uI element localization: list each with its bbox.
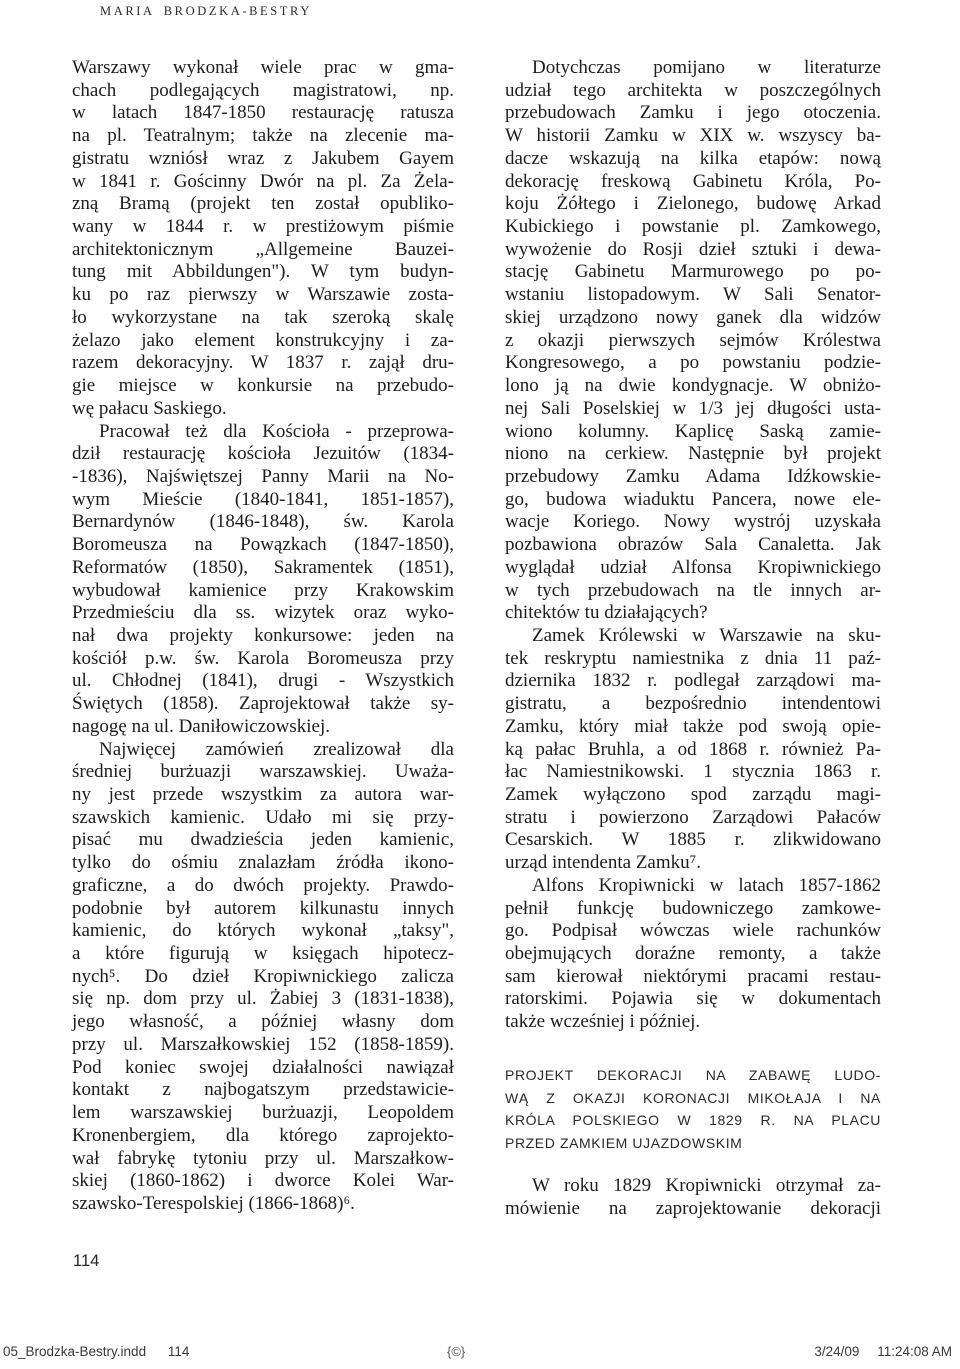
text-line: graficzne, a do dwóch projekty. Prawdo- [72, 875, 454, 898]
text-line: średniej burżuazji warszawskiej. Uważa- [72, 761, 454, 784]
text-line: nej Sali Poselskiej w 1/3 jej długości u… [505, 398, 881, 421]
text-line: podobnie był autorem kilkunastu innych [72, 898, 454, 921]
text-line: Dotychczas pomijano w literaturze [505, 57, 881, 80]
text-line: żelazo jako element konstrukcyjny i za- [72, 330, 454, 353]
text-line: ku po raz pierwszy w Warszawie zosta- [72, 284, 454, 307]
text-line: wany w 1844 r. w prestiżowym piśmie [72, 216, 454, 239]
paragraph: Zamek Królewski w Warszawie na sku-tek r… [505, 625, 881, 875]
section-heading-line: KRÓLA POLSKIEGO W 1829 R. NA PLACU [505, 1109, 881, 1132]
text-line: dekorację freskową Gabinetu Króla, Po- [505, 171, 881, 194]
section-heading-line: PRZED ZAMKIEM UJAZDOWSKIM [505, 1132, 881, 1155]
text-line: Zamek Królewski w Warszawie na sku- [505, 625, 881, 648]
text-line: pozbawiona obrazów Sala Canaletta. Jak [505, 534, 881, 557]
paragraph: Dotychczas pomijano w literaturzeudział … [505, 57, 881, 625]
text-line: koju Żółtego i Zielonego, budowę Arkad [505, 193, 881, 216]
section-heading-line: WĄ Z OKAZJI KORONACJI MIKOŁAJA I NA [505, 1087, 881, 1110]
left-text-column: Warszawy wykonał wiele prac w gma-chach … [72, 57, 454, 1216]
text-line: dził restaurację kościoła Jezuitów (1834… [72, 443, 454, 466]
text-line: Bernardynów (1846-1848), św. Karola [72, 511, 454, 534]
text-line: Przedmieściu dla ss. wizytek oraz wyko- [72, 602, 454, 625]
text-line: udział tego architekta w poszczególnych [505, 80, 881, 103]
text-line: go, budowa wiaduktu Pancera, nowe ele- [505, 489, 881, 512]
text-line: tylko do ośmiu znalazłam źródła ikono- [72, 852, 454, 875]
text-line: wiono kolumny. Kaplicę Saską zamie- [505, 421, 881, 444]
text-line: gistratu wzniósł wraz z Jakubem Gayem [72, 148, 454, 171]
footer-time: 11:24:08 AM [877, 1344, 952, 1359]
footer-timestamp: 3/24/09 11:24:08 AM [814, 1344, 952, 1359]
text-line: wstaniu listopadowym. W Sali Senator- [505, 284, 881, 307]
text-line: zną Bramą (projekt ten został opubliko- [72, 193, 454, 216]
text-line: urząd intendenta Zamku⁷. [505, 852, 881, 875]
text-line: wacje Koriego. Nowy wystrój uzyskała [505, 511, 881, 534]
text-line: W roku 1829 Kropiwnicki otrzymał za- [505, 1175, 881, 1198]
text-line: gistratu, a bezpośrednio intendentowi [505, 693, 881, 716]
text-line: dziernika 1832 r. podlegał zarządowi ma- [505, 670, 881, 693]
paragraph: Najwięcej zamówień zrealizował dlaśredni… [72, 739, 454, 1216]
text-line: nagogę na ul. Daniłowiczowskiej. [72, 716, 454, 739]
paragraph: Alfons Kropiwnicki w latach 1857-1862peł… [505, 875, 881, 1034]
text-line: przebudowy Zamku Adama Idźkowskie- [505, 466, 881, 489]
text-line: ką pałac Bruhla, a od 1868 r. również Pa… [505, 739, 881, 762]
text-line: wywożenie do Rosji dzieł sztuki i dewa- [505, 239, 881, 262]
text-line: stację Gabinetu Marmurowego po po- [505, 261, 881, 284]
text-line: Zamek wyłączono spod zarządu magi- [505, 784, 881, 807]
text-line: jego własność, a później własny dom [72, 1011, 454, 1034]
text-line: Warszawy wykonał wiele prac w gma- [72, 57, 454, 80]
text-line: skiej (1860-1862) i dworce Kolei War- [72, 1170, 454, 1193]
text-line: chach podlegających magistratowi, np. [72, 80, 454, 103]
text-line: chitektów tu działających? [505, 602, 881, 625]
text-line: przebudowach Zamku i jego otoczenia. [505, 102, 881, 125]
text-line: sam kierował niektórymi pracami restau- [505, 966, 881, 989]
text-line: Pod koniec swojej działalności nawiązał [72, 1057, 454, 1080]
text-line: dacze wskazują na kilka etapów: nową [505, 148, 881, 171]
text-line: niono na cerkiew. Następnie był projekt [505, 443, 881, 466]
paragraph: Warszawy wykonał wiele prac w gma-chach … [72, 57, 454, 421]
text-line: się np. dom przy ul. Żabiej 3 (1831-1838… [72, 988, 454, 1011]
text-line: szawskich kamienic. Udało mi się przy- [72, 807, 454, 830]
text-line: pełnił funkcję budowniczego zamkowe- [505, 898, 881, 921]
text-line: także wcześniej i później. [505, 1011, 881, 1034]
text-line: lono ją na dwie kondygnacje. W obniżo- [505, 375, 881, 398]
paragraph: Pracował też dla Kościoła - przeprowa-dz… [72, 421, 454, 739]
text-line: nał dwa projekty konkursowe: jeden na [72, 625, 454, 648]
print-footer: 05_Brodzka-Bestry.indd 114 {©} 3/24/09 1… [0, 1342, 960, 1362]
footer-file-page-number: 114 [168, 1344, 190, 1359]
text-line: wyglądał udział Alfonsa Kropiwnickiego [505, 557, 881, 580]
text-line: w latach 1847-1850 restaurację ratusza [72, 102, 454, 125]
document-page: MARIA BRODZKA-BESTRY Warszawy wykonał wi… [0, 0, 960, 1369]
text-line: Kongresowego, a po powstaniu podzie- [505, 352, 881, 375]
right-text-column: Dotychczas pomijano w literaturzeudział … [505, 57, 881, 1220]
text-line: tung mit Abbildungen"). W tym budyn- [72, 261, 454, 284]
text-line: ratorskimi. Pojawia się w dokumentach [505, 988, 881, 1011]
section-heading-line: PROJEKT DEKORACJI NA ZABAWĘ LUDO- [505, 1064, 881, 1087]
text-line: Cesarskich. W 1885 r. zlikwidowano [505, 829, 881, 852]
text-line: nych⁵. Do dzieł Kropiwnickiego zalicza [72, 966, 454, 989]
text-line: wał fabrykę tytoniu przy ul. Marszałkow- [72, 1148, 454, 1171]
text-line: wybudował kamienice przy Krakowskim [72, 580, 454, 603]
text-line: stratu i powierzono Zarządowi Pałaców [505, 807, 881, 830]
text-line: mówienie na zaprojektowanie dekoracji [505, 1198, 881, 1221]
text-line: go. Podpisał wówczas wiele rachunków [505, 920, 881, 943]
text-line: Kronenbergiem, dla którego zaprojekto- [72, 1125, 454, 1148]
text-line: w 1841 r. Gościnny Dwór na pl. Za Żela- [72, 171, 454, 194]
text-line: ny jest przede wszystkim za autora war- [72, 784, 454, 807]
text-line: wę pałacu Saskiego. [72, 398, 454, 421]
text-line: kamienic, do których wykonał „taksy", [72, 920, 454, 943]
footer-copyright-mark: {©} [447, 1344, 465, 1359]
running-head-author: MARIA BRODZKA-BESTRY [100, 4, 312, 19]
text-line: razem dekoracyjny. W 1837 r. zajął dru- [72, 352, 454, 375]
text-line: Pracował też dla Kościoła - przeprowa- [72, 421, 454, 444]
text-line: przy ul. Marszałkowskiej 152 (1858-1859)… [72, 1034, 454, 1057]
text-line: kościół p.w. św. Karola Boromeusza przy [72, 648, 454, 671]
text-line: kontakt z najbogatszym przedstawicie- [72, 1079, 454, 1102]
text-line: skiej urządzono nowy ganek dla widzów [505, 307, 881, 330]
text-line: pisać mu dwadzieścia jeden kamienic, [72, 829, 454, 852]
text-line: lem warszawskiej burżuazji, Leopoldem [72, 1102, 454, 1125]
text-line: Kubickiego i powstanie pl. Zamkowego, [505, 216, 881, 239]
text-line: obejmujących doraźne remonty, a także [505, 943, 881, 966]
text-line: a które figurują w księgach hipotecz- [72, 943, 454, 966]
text-line: ul. Chłodnej (1841), drugi - Wszystkich [72, 670, 454, 693]
text-line: Boromeusza na Powązkach (1847-1850), [72, 534, 454, 557]
text-line: architektonicznym „Allgemeine Bauzei- [72, 239, 454, 262]
page-number: 114 [73, 1252, 99, 1271]
footer-date: 3/24/09 [814, 1344, 859, 1359]
text-line: gie miejsce w konkursie na przebudo- [72, 375, 454, 398]
text-line: w tych przebudowach na tle innych ar- [505, 580, 881, 603]
text-line: z okazji pierwszych sejmów Królestwa [505, 330, 881, 353]
footer-file-name: 05_Brodzka-Bestry.indd [3, 1344, 146, 1359]
text-line: -1836), Najświętszej Panny Marii na No- [72, 466, 454, 489]
section-heading: PROJEKT DEKORACJI NA ZABAWĘ LUDO-WĄ Z OK… [505, 1064, 881, 1155]
text-line: tek reskryptu namiestnika z dnia 11 paź- [505, 648, 881, 671]
paragraph: W roku 1829 Kropiwnicki otrzymał za-mówi… [505, 1175, 881, 1220]
footer-file-info: 05_Brodzka-Bestry.indd 114 [3, 1344, 189, 1359]
text-line: Świętych (1858). Zaprojektował także sy- [72, 693, 454, 716]
text-line: na pl. Teatralnym; także na zlecenie ma- [72, 125, 454, 148]
text-line: Reformatów (1850), Sakramentek (1851), [72, 557, 454, 580]
text-line: Alfons Kropiwnicki w latach 1857-1862 [505, 875, 881, 898]
text-line: łac Namiestnikowski. 1 stycznia 1863 r. [505, 761, 881, 784]
text-line: Zamku, który miał także pod swoją opie- [505, 716, 881, 739]
text-line: szawsko-Terespolskiej (1866-1868)⁶. [72, 1193, 454, 1216]
text-line: Najwięcej zamówień zrealizował dla [72, 739, 454, 762]
text-line: W historii Zamku w XIX w. wszyscy ba- [505, 125, 881, 148]
text-line: ło wykorzystane na tak szeroką skalę [72, 307, 454, 330]
text-line: wym Mieście (1840-1841, 1851-1857), [72, 489, 454, 512]
